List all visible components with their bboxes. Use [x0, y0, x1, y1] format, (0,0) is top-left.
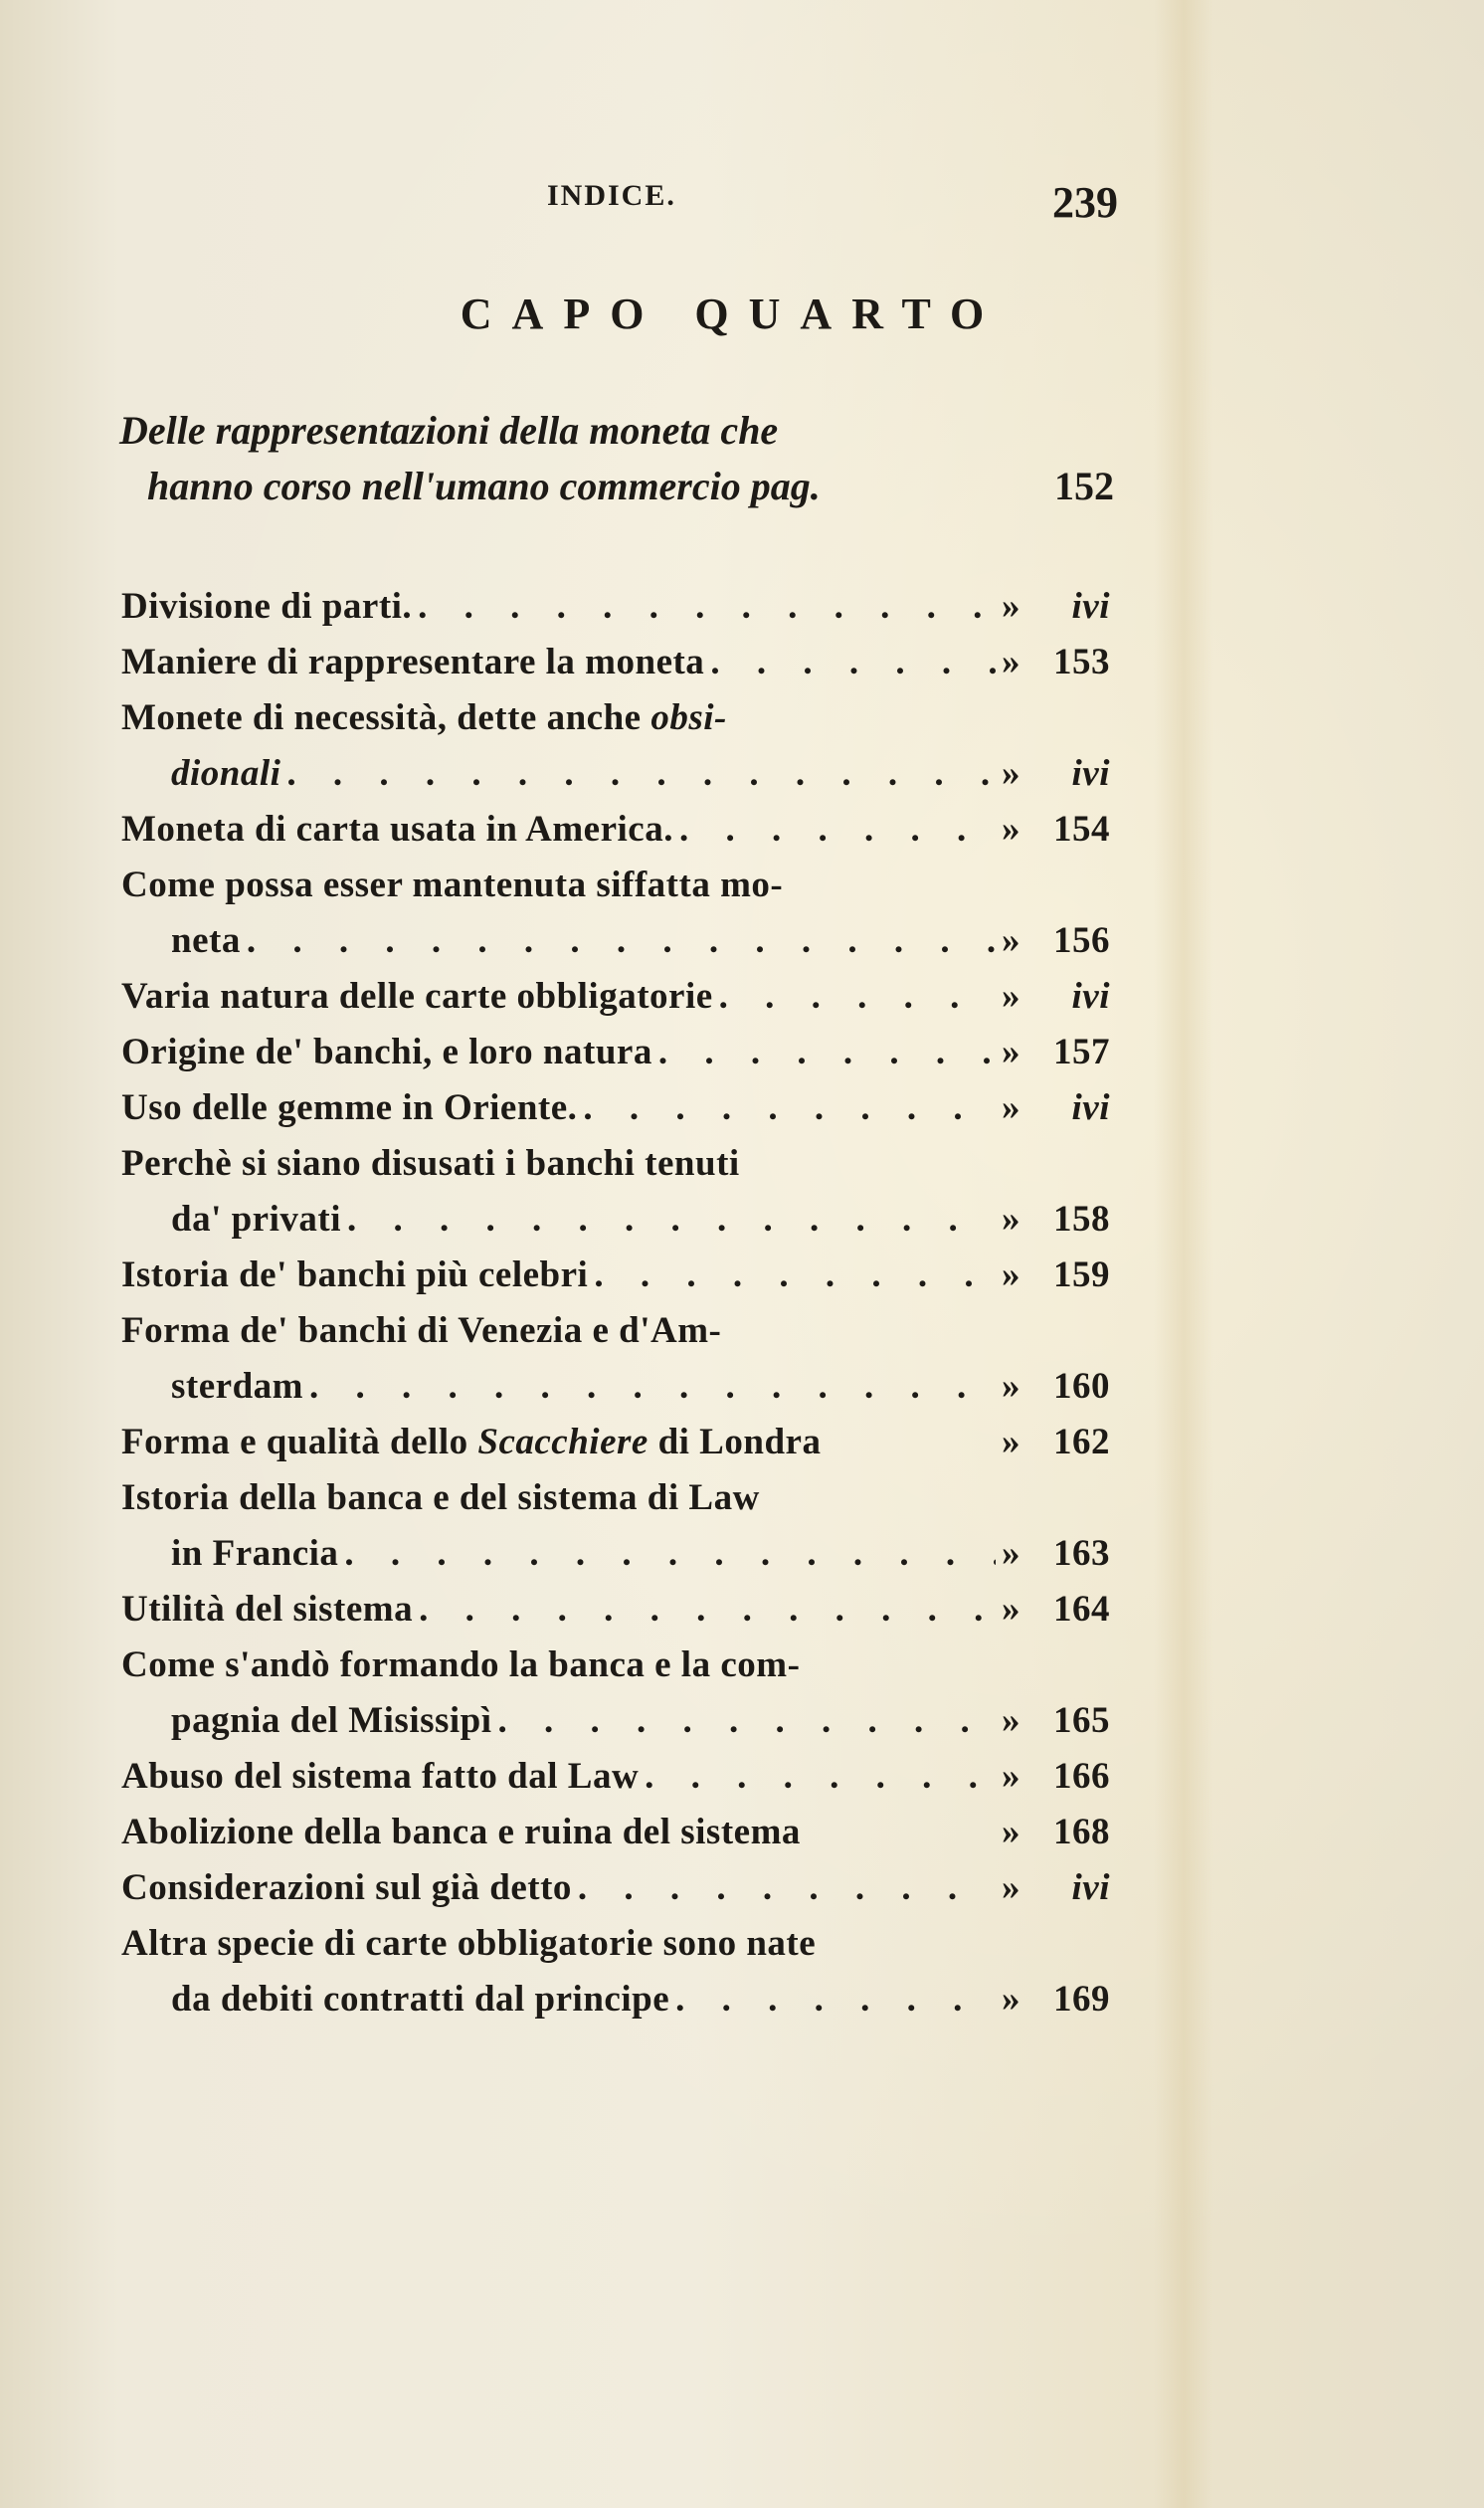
index-entry-row: Moneta di carta usata in America.»154	[121, 802, 1015, 858]
ditto-mark: »	[1002, 1248, 1020, 1303]
entry-page-number: 168	[1032, 1805, 1110, 1860]
entry-title-text: Utilità del sistema	[121, 1589, 413, 1630]
entry-page-number: ivi	[1032, 1080, 1110, 1136]
dot-leader	[498, 1693, 996, 1749]
ditto-mark: »	[1002, 1972, 1020, 2027]
entry-title-italic: Scacchiere	[477, 1422, 648, 1462]
dot-leader	[286, 746, 996, 802]
index-entry-row: Come s'andò formando la banca e la com-	[121, 1638, 1015, 1693]
ditto-mark: »	[1002, 1749, 1020, 1805]
entry-title-text: Forma e qualità dello	[121, 1422, 468, 1462]
entry-page-number: 169	[1032, 1972, 1110, 2027]
entry-title: Origine de' banchi, e loro natura	[121, 1025, 652, 1080]
dot-leader	[719, 969, 996, 1025]
entry-title: Varia natura delle carte obbligatorie	[121, 969, 713, 1025]
entry-page-number: ivi	[1032, 579, 1110, 635]
ditto-mark: »	[1002, 746, 1020, 802]
index-entry-row: neta»156	[121, 913, 1015, 969]
index-entry-row: dionali»ivi	[121, 746, 1015, 802]
entry-title: Abolizione della banca e ruina del siste…	[121, 1805, 801, 1860]
entry-title-text: Moneta di carta usata in America.	[121, 809, 673, 850]
entry-title-text: da' privati	[171, 1199, 341, 1240]
index-entry-row: Uso delle gemme in Oriente.»ivi	[121, 1080, 1015, 1136]
entry-page-number: 157	[1032, 1025, 1110, 1080]
entry-title: Abuso del sistema fatto dal Law	[121, 1749, 639, 1805]
subtitle-page-number: 152	[1054, 459, 1114, 514]
entry-title-text: Considerazioni sul già detto	[121, 1867, 572, 1908]
subtitle-pag-label: pag.	[751, 459, 821, 514]
entry-title: Moneta di carta usata in America.	[121, 802, 673, 858]
dot-leader	[344, 1526, 996, 1582]
ditto-mark: »	[1002, 913, 1020, 969]
entry-page-number: ivi	[1032, 746, 1110, 802]
entry-title: Uso delle gemme in Oriente.	[121, 1080, 577, 1136]
entry-title-italic: dionali	[171, 753, 280, 794]
entry-page-number: 162	[1032, 1415, 1110, 1470]
entry-title-text: Come s'andò formando la banca e la com-	[121, 1644, 800, 1685]
entry-title: Come s'andò formando la banca e la com-	[121, 1638, 800, 1693]
entry-page-number: 164	[1032, 1582, 1110, 1638]
ditto-mark: »	[1002, 1025, 1020, 1080]
entry-title: Utilità del sistema	[121, 1582, 413, 1638]
entry-page-number: 156	[1032, 913, 1110, 969]
entry-title: Maniere di rappresentare la moneta	[121, 635, 704, 690]
subtitle-line-1: Delle rappresentazioni della moneta che	[119, 403, 1114, 459]
index-entry-row: pagnia del Misissipì»165	[121, 1693, 1015, 1749]
ditto-mark: »	[1002, 1359, 1020, 1415]
index-entry-row: Come possa esser mantenuta siffatta mo-	[121, 858, 1015, 913]
index-entry-row: da debiti contratti dal principe»169	[121, 1972, 1015, 2027]
ditto-mark: »	[1002, 1192, 1020, 1248]
index-entry-row: Forma de' banchi di Venezia e d'Am-	[121, 1303, 1015, 1359]
dot-leader	[658, 1025, 996, 1080]
dot-leader	[578, 1860, 996, 1916]
ditto-mark: »	[1002, 1693, 1020, 1749]
entry-title: Perchè si siano disusati i banchi tenuti	[121, 1136, 740, 1192]
ditto-mark: »	[1002, 1415, 1020, 1470]
entry-title: pagnia del Misissipì	[171, 1693, 492, 1749]
entry-title: Come possa esser mantenuta siffatta mo-	[121, 858, 783, 913]
entry-title-text: in Francia	[171, 1533, 338, 1574]
index-entry-row: da' privati»158	[121, 1192, 1015, 1248]
entry-title-text: Come possa esser mantenuta siffatta mo-	[121, 865, 783, 905]
dot-leader	[418, 579, 996, 635]
ditto-mark: »	[1002, 635, 1020, 690]
dot-leader	[419, 1582, 996, 1638]
page-number: 239	[1052, 177, 1118, 228]
entry-page-number: ivi	[1032, 969, 1110, 1025]
entry-title: neta	[171, 913, 241, 969]
entry-title: Forma de' banchi di Venezia e d'Am-	[121, 1303, 721, 1359]
index-entry-row: Divisione di parti.»ivi	[121, 579, 1015, 635]
dot-leader	[583, 1080, 996, 1136]
index-entry-row: Utilità del sistema»164	[121, 1582, 1015, 1638]
dot-leader	[675, 1972, 996, 2027]
dot-leader	[679, 802, 996, 858]
entry-title: Istoria de' banchi più celebri	[121, 1248, 588, 1303]
entry-title-after: di Londra	[658, 1422, 822, 1462]
book-page: INDICE. 239 CAPO QUARTO Delle rappresent…	[0, 0, 1484, 2508]
entry-title-text: Monete di necessità, dette anche	[121, 697, 642, 738]
index-entry-row: sterdam»160	[121, 1359, 1015, 1415]
ditto-mark: »	[1002, 969, 1020, 1025]
entry-title: Monete di necessità, dette anche obsi-	[121, 690, 727, 746]
ditto-mark: »	[1002, 1080, 1020, 1136]
entry-title-text: Maniere di rappresentare la moneta	[121, 642, 704, 682]
index-entry-row: Varia natura delle carte obbligatorie»iv…	[121, 969, 1015, 1025]
entry-title: Forma e qualità dello Scacchiere di Lond…	[121, 1415, 821, 1470]
ditto-mark: »	[1002, 1582, 1020, 1638]
dot-leader	[247, 913, 996, 969]
entry-page-number: 163	[1032, 1526, 1110, 1582]
entry-title: Divisione di parti.	[121, 579, 412, 635]
ditto-mark: »	[1002, 1860, 1020, 1916]
entry-title: Considerazioni sul già detto	[121, 1860, 572, 1916]
index-entry-row: Maniere di rappresentare la moneta»153	[121, 635, 1015, 690]
dot-leader	[645, 1749, 996, 1805]
index-entry-row: Altra specie di carte obbligatorie sono …	[121, 1916, 1015, 1972]
entry-title-text: Varia natura delle carte obbligatorie	[121, 976, 713, 1017]
entry-page-number: ivi	[1032, 1860, 1110, 1916]
subtitle-line-2: hanno corso nell'umano commercio pag. 15…	[119, 459, 1114, 514]
entry-title-italic: obsi-	[650, 697, 727, 738]
entry-page-number: 160	[1032, 1359, 1110, 1415]
entry-title: sterdam	[171, 1359, 303, 1415]
index-entry-row: Forma e qualità dello Scacchiere di Lond…	[121, 1415, 1015, 1470]
entry-title: Istoria della banca e del sistema di Law	[121, 1470, 760, 1526]
entry-title-text: Istoria della banca e del sistema di Law	[121, 1477, 760, 1518]
running-head: INDICE.	[547, 179, 676, 213]
index-entry-row: Istoria della banca e del sistema di Law	[121, 1470, 1015, 1526]
index-entry-row: Abolizione della banca e ruina del siste…	[121, 1805, 1015, 1860]
entry-title-text: sterdam	[171, 1366, 303, 1407]
entry-title: Altra specie di carte obbligatorie sono …	[121, 1916, 816, 1972]
index-entry-row: Monete di necessità, dette anche obsi-	[121, 690, 1015, 746]
index-entry-row: Istoria de' banchi più celebri»159	[121, 1248, 1015, 1303]
entry-title: in Francia	[171, 1526, 338, 1582]
entry-title-text: Istoria de' banchi più celebri	[121, 1254, 588, 1295]
entry-title-text: Perchè si siano disusati i banchi tenuti	[121, 1143, 740, 1184]
entry-page-number: 165	[1032, 1693, 1110, 1749]
entry-title-text: Abuso del sistema fatto dal Law	[121, 1756, 639, 1797]
entry-title-text: Abolizione della banca e ruina del siste…	[121, 1812, 801, 1852]
entry-page-number: 166	[1032, 1749, 1110, 1805]
dot-leader	[710, 635, 996, 690]
entry-title-text: da debiti contratti dal principe	[171, 1979, 669, 2020]
entry-title: dionali	[171, 746, 280, 802]
ditto-mark: »	[1002, 579, 1020, 635]
chapter-subtitle: Delle rappresentazioni della moneta che …	[119, 403, 1114, 514]
entry-page-number: 153	[1032, 635, 1110, 690]
entry-page-number: 159	[1032, 1248, 1110, 1303]
index-entry-row: Abuso del sistema fatto dal Law»166	[121, 1749, 1015, 1805]
subtitle-line-2-text: hanno corso nell'umano commercio	[147, 459, 741, 514]
index-entry-row: in Francia»163	[121, 1526, 1015, 1582]
entry-title-text: Altra specie di carte obbligatorie sono …	[121, 1923, 816, 1964]
index-entry-row: Considerazioni sul già detto»ivi	[121, 1860, 1015, 1916]
entry-title-text: Uso delle gemme in Oriente.	[121, 1087, 577, 1128]
entry-title-text: neta	[171, 920, 241, 961]
dot-leader	[347, 1192, 996, 1248]
entry-page-number: 154	[1032, 802, 1110, 858]
entry-title-text: pagnia del Misissipì	[171, 1700, 492, 1741]
chapter-title-text: CAPO QUARTO	[461, 289, 1004, 339]
entry-title-text: Origine de' banchi, e loro natura	[121, 1032, 652, 1072]
dot-leader	[594, 1248, 996, 1303]
entry-title-text: Forma de' banchi di Venezia e d'Am-	[121, 1310, 721, 1351]
ditto-mark: »	[1002, 1805, 1020, 1860]
entry-title: da debiti contratti dal principe	[171, 1972, 669, 2027]
ditto-mark: »	[1002, 802, 1020, 858]
dot-leader	[309, 1359, 996, 1415]
index-entry-row: Perchè si siano disusati i banchi tenuti	[121, 1136, 1015, 1192]
index-entry-row: Origine de' banchi, e loro natura»157	[121, 1025, 1015, 1080]
chapter-title: CAPO QUARTO	[0, 289, 1484, 339]
entry-title-text: Divisione di parti.	[121, 586, 412, 627]
index-entries: Divisione di parti.»iviManiere di rappre…	[121, 579, 1015, 2027]
entry-page-number: 158	[1032, 1192, 1110, 1248]
ditto-mark: »	[1002, 1526, 1020, 1582]
entry-title: da' privati	[171, 1192, 341, 1248]
